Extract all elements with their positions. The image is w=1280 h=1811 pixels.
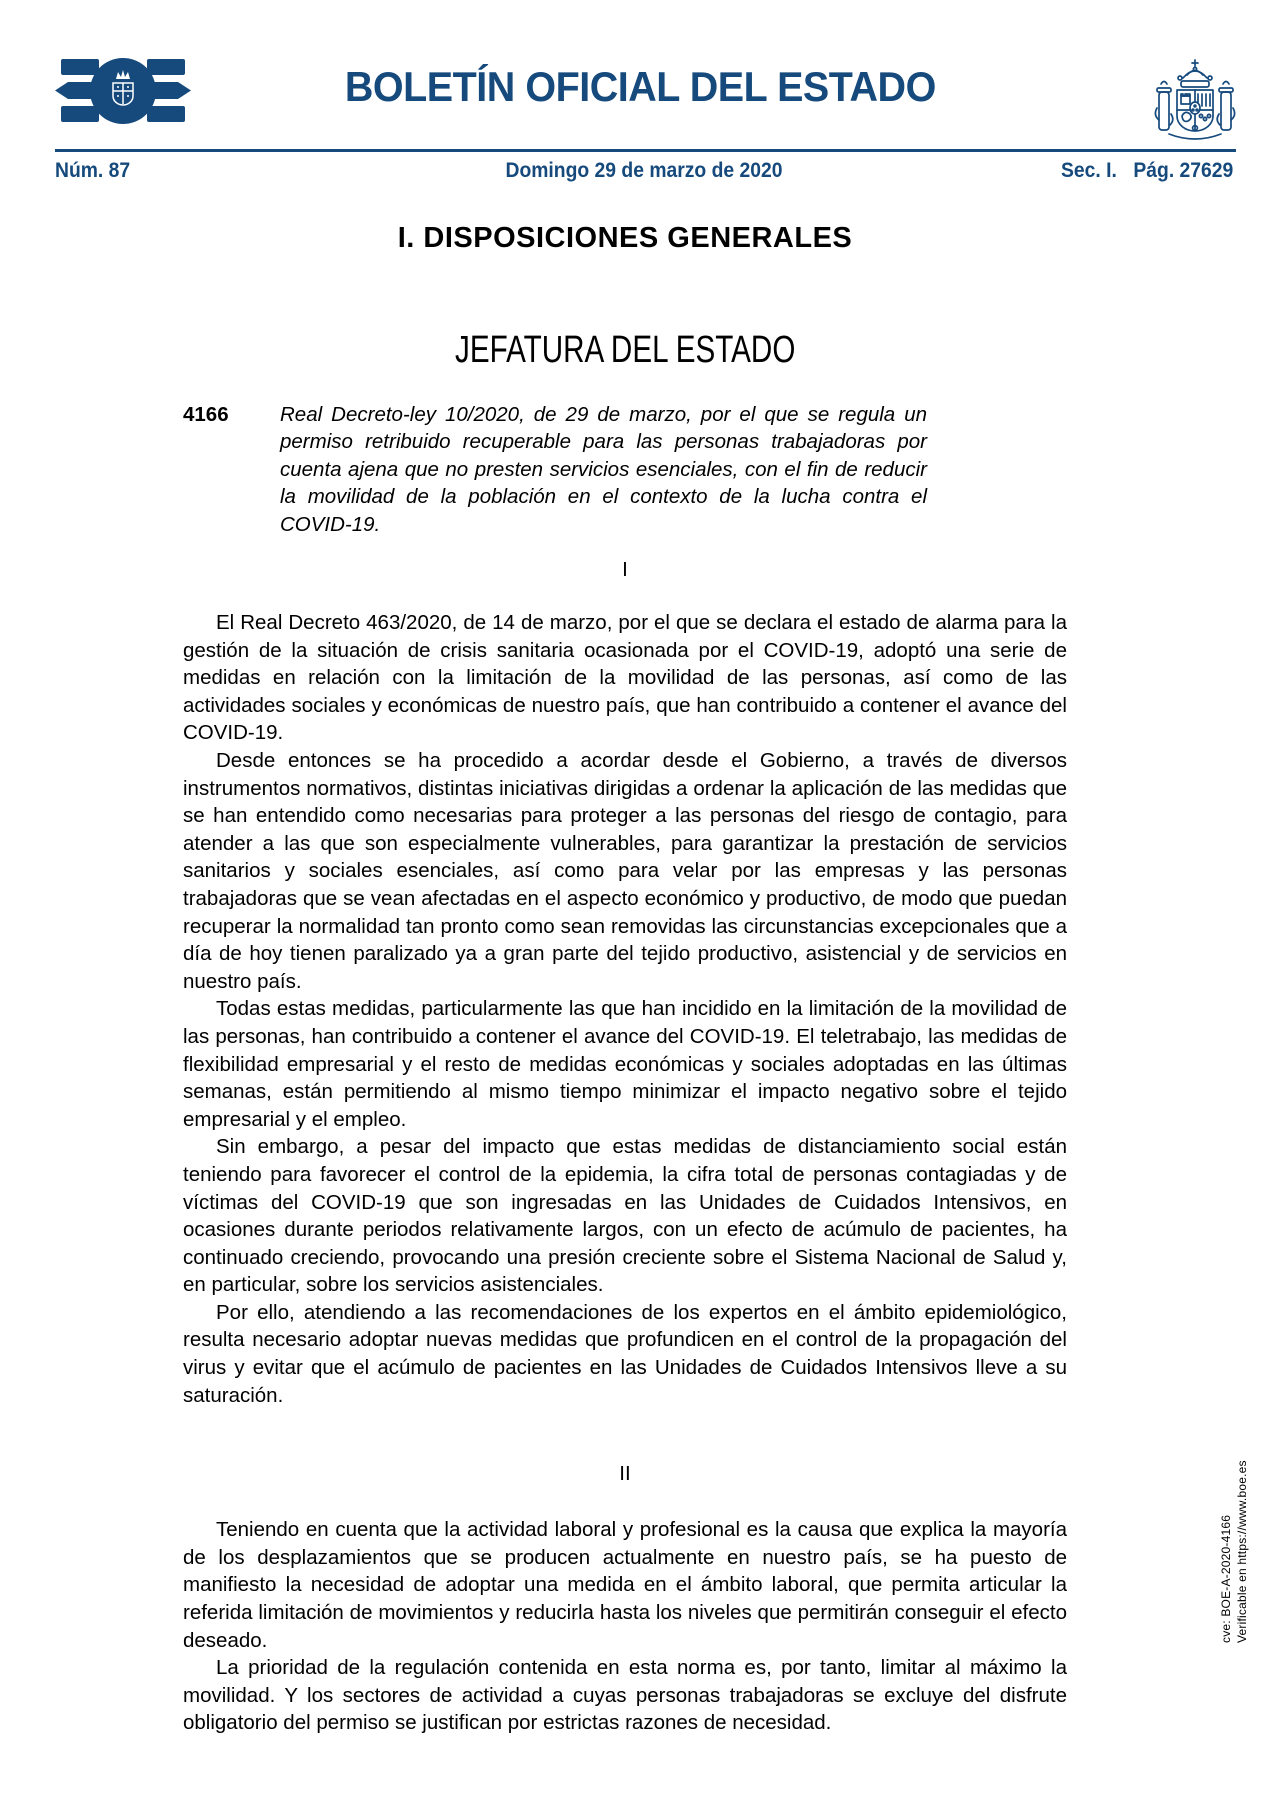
boe-gazette-page: BOLETÍN OFICIAL DEL ESTADO <box>0 0 1280 1811</box>
paragraph: Teniendo en cuenta que la actividad labo… <box>183 1516 1067 1654</box>
department-heading-text: JEFATURA DEL ESTADO <box>455 329 795 372</box>
cve-code: cve: BOE-A-2020-4166 <box>1218 1437 1234 1643</box>
paragraph: Desde entonces se ha procedido a acordar… <box>183 747 1067 995</box>
department-heading: JEFATURA DEL ESTADO <box>183 329 1067 372</box>
item-title: Real Decreto-ley 10/2020, de 29 de marzo… <box>280 401 1067 538</box>
item-number: 4166 <box>183 401 280 538</box>
section-marker-1: I <box>183 558 1067 582</box>
general-dispositions-heading: I. DISPOSICIONES GENERALES <box>183 222 1067 255</box>
spain-coat-of-arms-icon <box>1154 58 1236 146</box>
paragraph: La prioridad de la regulación contenida … <box>183 1654 1067 1737</box>
item-heading: 4166 Real Decreto-ley 10/2020, de 29 de … <box>183 401 1067 538</box>
section-marker-2: II <box>183 1462 1067 1486</box>
issue-number: Núm. 87 <box>55 159 130 183</box>
paragraph: El Real Decreto 463/2020, de 14 de marzo… <box>183 609 1067 747</box>
section-label: Sec. I. <box>1061 159 1117 183</box>
page-label: Pág. 27629 <box>1133 159 1233 183</box>
section-page-group: Sec. I. Pág. 27629 <box>1061 159 1233 183</box>
paragraph: Todas estas medidas, particularmente las… <box>183 995 1067 1133</box>
verification-url: Verificable en https://www.boe.es <box>1234 1437 1250 1643</box>
paragraph: Por ello, atendiendo a las recomendacion… <box>183 1299 1067 1409</box>
paragraph: Sin embargo, a pesar del impacto que est… <box>183 1133 1067 1299</box>
document-body: I. DISPOSICIONES GENERALES JEFATURA DEL … <box>183 0 1067 1737</box>
verification-sidebar: cve: BOE-A-2020-4166 Verificable en http… <box>1218 1437 1250 1643</box>
